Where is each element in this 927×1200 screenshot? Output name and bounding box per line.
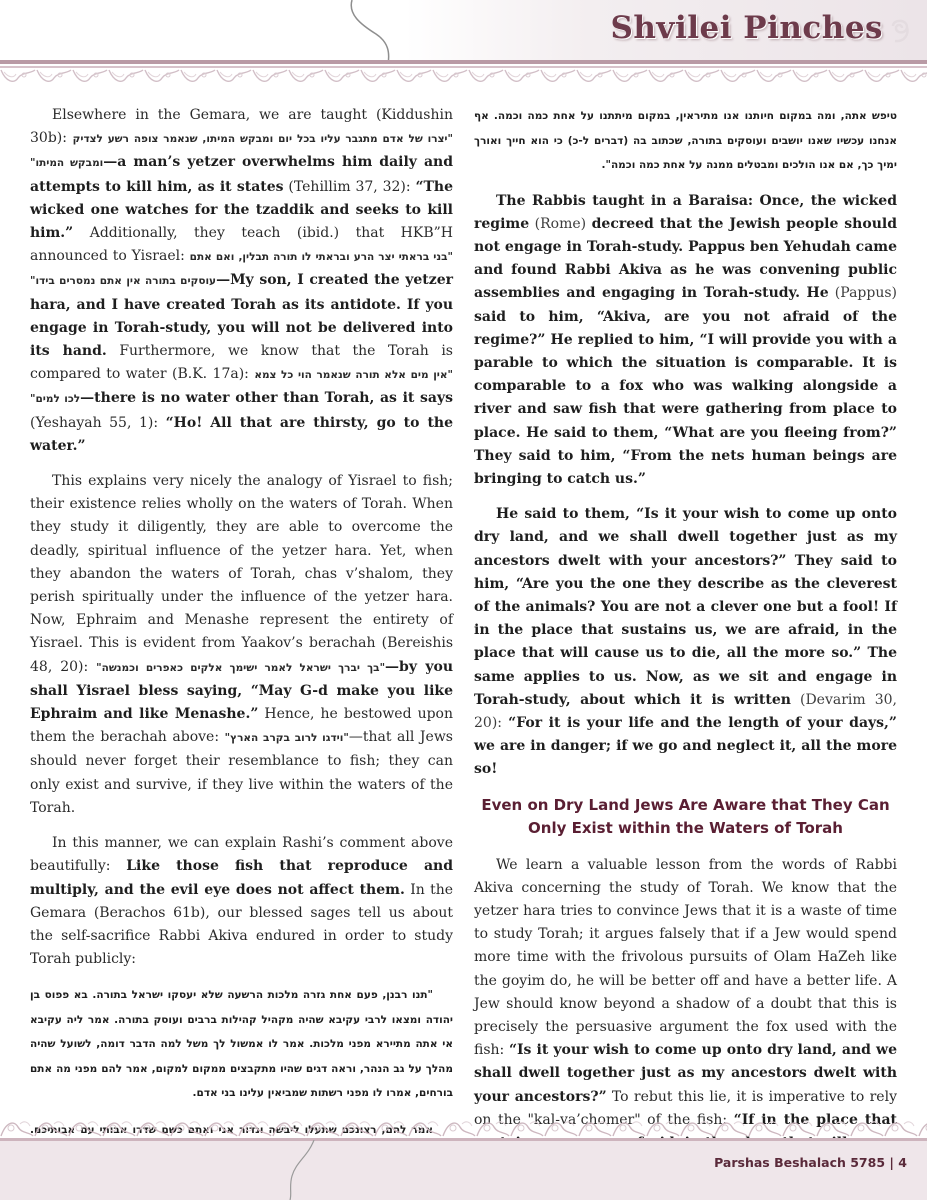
text-run: This explains very nicely the analogy of… [30, 473, 453, 675]
source-reference: (Yeshayah 55, 1): [30, 415, 166, 431]
page-footer [0, 1140, 927, 1200]
parenthetical: (Rome) [529, 216, 592, 232]
bold-translation: He said to them, “Is it your wish to com… [474, 506, 897, 708]
footer-rule [0, 1138, 927, 1141]
text-run: We learn a valuable lesson from the word… [474, 857, 897, 1059]
header-curve-decoration [330, 0, 410, 64]
hebrew-gemara-quote: "תנו רבנן, פעם אחת גזרה מלכות הרשעה שלא … [30, 983, 453, 1106]
paragraph-kiddushin: Elsewhere in the Gemara, we are taught (… [30, 104, 453, 458]
bold-translation: —there is no water other than Torah, as … [80, 390, 453, 406]
swirl-ornament-icon [887, 16, 913, 44]
parenthetical: (Pappus) [829, 285, 897, 301]
scroll-border-ornament [0, 68, 927, 88]
hebrew-quote: "בך יברך ישראל לאמר ישימך אלקים כאפרים ו… [96, 662, 385, 674]
hebrew-gemara-quote-end: טיפש אתה, ומה במקום חיותנו אנו מתיראין, … [474, 104, 897, 178]
page-number-label: Parshas Beshalach 5785 | 4 [714, 1155, 907, 1170]
magazine-title: Shvilei Pinches [611, 10, 884, 46]
paragraph-rashi: In this manner, we can explain Rashi’s c… [30, 832, 453, 971]
paragraph-fox-parable: He said to them, “Is it your wish to com… [474, 503, 897, 781]
hebrew-quote: "וידגו לרוב בקרב הארץ" [225, 732, 349, 744]
page-header: Shvilei Pinches [0, 0, 927, 96]
bold-translation: said to him, “Akiva, are you not afraid … [474, 309, 897, 487]
source-reference: (Tehillim 37, 32): [284, 179, 416, 195]
scroll-border-ornament-bottom [0, 1118, 927, 1138]
header-rule [0, 60, 927, 64]
right-column: טיפש אתה, ומה במקום חיותנו אנו מתיראין, … [474, 104, 897, 1190]
bold-translation: “For it is your life and the length of y… [474, 715, 897, 777]
section-subheading: Even on Dry Land Jews Are Aware that The… [474, 794, 897, 840]
footer-curve-decoration [280, 1140, 330, 1200]
paragraph-fish-analogy: This explains very nicely the analogy of… [30, 470, 453, 820]
paragraph-baraisa: The Rabbis taught in a Baraisa: Once, th… [474, 190, 897, 492]
left-column: Elsewhere in the Gemara, we are taught (… [30, 104, 453, 1179]
